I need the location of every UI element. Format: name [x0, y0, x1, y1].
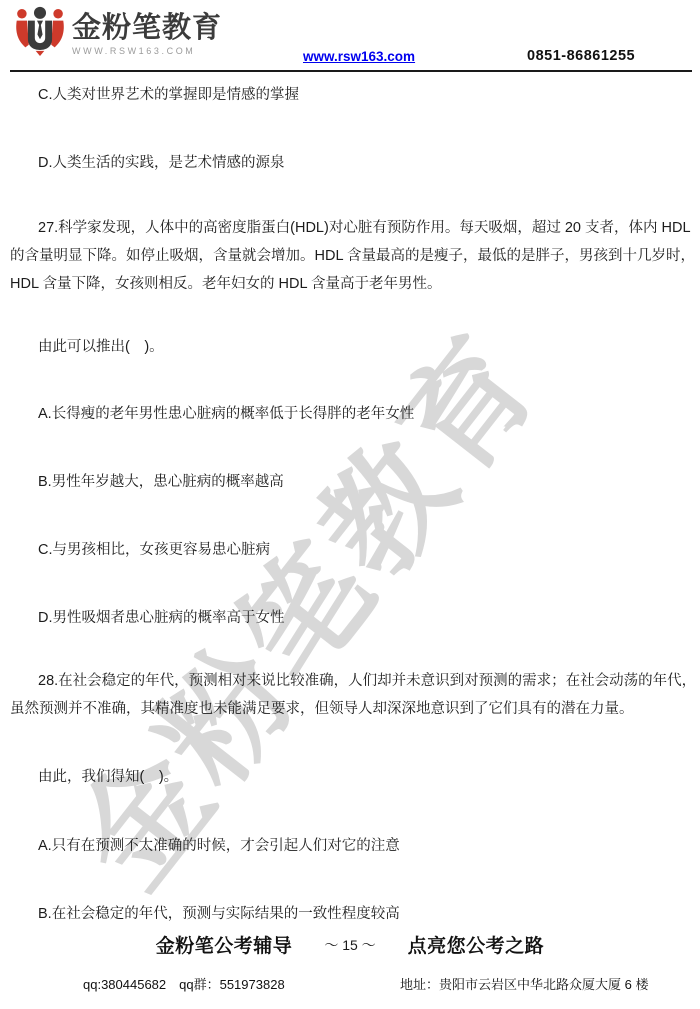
brand-logo[interactable]: 金粉笔教育 WWW.RSW163.COM: [14, 6, 222, 56]
document-text-line: A.只有在预测不太准确的时候，才会引起人们对它的注意: [38, 837, 400, 855]
header-phone-number: 0851-86861255: [527, 48, 635, 64]
header: 金粉笔教育 WWW.RSW163.COM www.rsw163.com 0851…: [0, 0, 700, 72]
footer-contact-row: qq:380445682 qq群：551973828 地址：贵阳市云岩区中华北路…: [0, 974, 700, 994]
document-text-line: A.长得瘦的老年男性患心脏病的概率低于长得胖的老年女性: [38, 405, 414, 423]
footer-qq-contact: qq:380445682 qq群：551973828: [83, 974, 285, 993]
document-text-line: 的含量明显下降。如停止吸烟，含量就会增加。HDL 含量最高的是瘦子，最低的是胖子…: [10, 247, 695, 265]
logo-text-block: 金粉笔教育 WWW.RSW163.COM: [72, 6, 222, 56]
header-website-link[interactable]: www.rsw163.com: [303, 49, 415, 64]
brand-name: 金粉笔教育: [72, 12, 222, 44]
footer-slogan-right: 点亮您公考之路: [408, 931, 545, 958]
document-body: C.人类对世界艺术的掌握即是情感的掌握D.人类生活的实践，是艺术情感的源泉27.…: [0, 0, 700, 1009]
header-divider-line: [10, 70, 692, 72]
page-number: ～ 15 ～: [324, 935, 375, 955]
document-text-line: C.人类对世界艺术的掌握即是情感的掌握: [38, 86, 299, 104]
document-text-line: B.在社会稳定的年代，预测与实际结果的一致性程度较高: [38, 905, 400, 923]
document-text-line: D.人类生活的实践，是艺术情感的源泉: [38, 154, 285, 172]
document-text-line: B.男性年岁越大，患心脏病的概率越高: [38, 473, 284, 491]
footer-slogan-left: 金粉笔公考辅导: [156, 931, 293, 958]
document-text-line: C.与男孩相比，女孩更容易患心脏病: [38, 541, 270, 559]
footer-address: 地址：贵阳市云岩区中华北路众厦大厦 6 楼: [400, 974, 648, 993]
brand-site-url: WWW.RSW163.COM: [72, 46, 222, 56]
document-text-line: D.男性吸烟者患心脏病的概率高于女性: [38, 609, 285, 627]
document-text-line: 27.科学家发现，人体中的高密度脂蛋白(HDL)对心脏有预防作用。每天吸烟，超过…: [38, 219, 691, 237]
document-text-line: 虽然预测并不准确，其精准度也未能满足要求，但领导人却深深地意识到了它们具有的潜在…: [10, 700, 634, 718]
document-text-line: HDL 含量下降，女孩则相反。老年妇女的 HDL 含量高于老年男性。: [10, 275, 442, 293]
document-text-line: 28.在社会稳定的年代，预测相对来说比较准确，人们却并未意识到对预测的需求；在社…: [38, 672, 696, 690]
document-text-line: 由此可以推出( )。: [38, 338, 164, 356]
document-page: 金粉笔教育 金粉笔教育 WWW.RSW163.COM www.rsw163.co…: [0, 0, 700, 1009]
person-shield-logo-icon: [14, 6, 66, 56]
document-text-line: 由此，我们得知( )。: [38, 768, 178, 786]
footer-slogan-row: 金粉笔公考辅导 ～ 15 ～ 点亮您公考之路: [0, 931, 700, 958]
